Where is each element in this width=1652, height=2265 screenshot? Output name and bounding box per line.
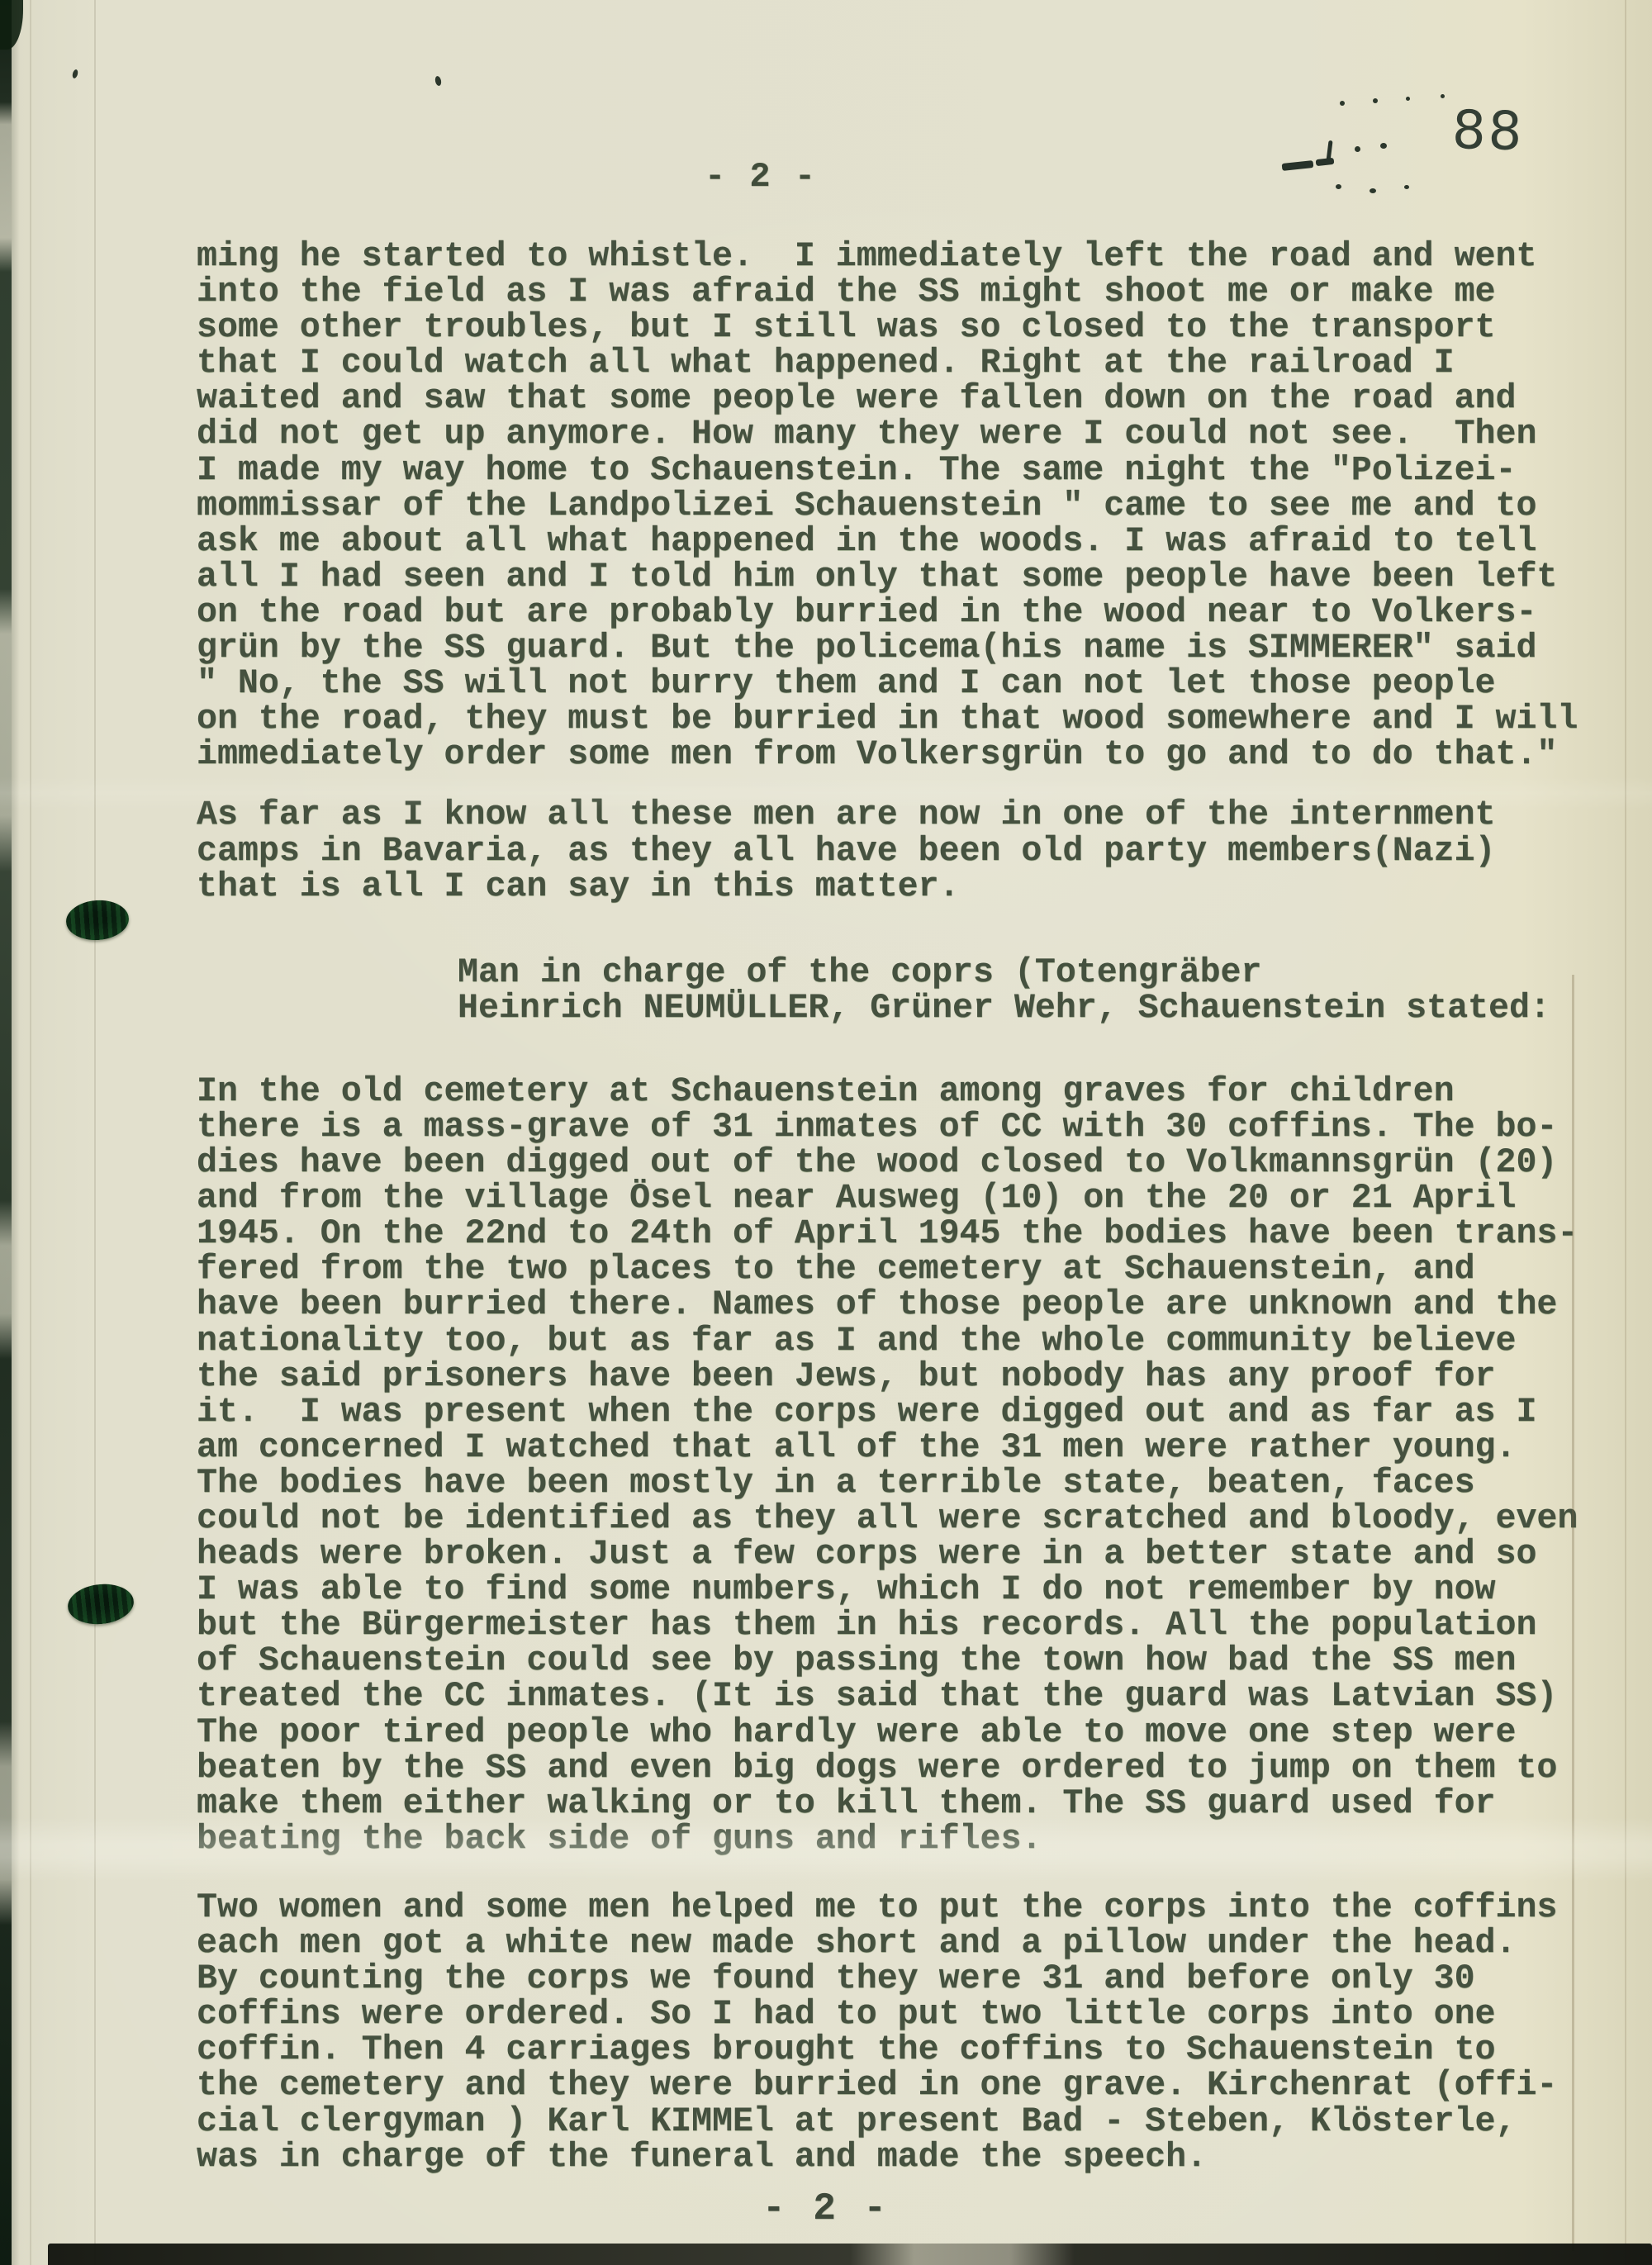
text-line: In the old cemetery at Schauenstein amon… (197, 1074, 1609, 1109)
text-line: on the road, they must be burried in tha… (197, 701, 1609, 737)
text-line: on the road but are probably burried in … (197, 595, 1609, 630)
text-line: The bodies have been mostly in a terribl… (197, 1465, 1609, 1501)
text-line: of Schauenstein could see by passing the… (197, 1643, 1609, 1679)
text-line: make them either walking or to kill them… (197, 1786, 1609, 1821)
text-line: ming he started to whistle. I immediatel… (197, 239, 1609, 274)
paper-fold-band-upper (0, 776, 1652, 810)
text-line: ask me about all what happened in the wo… (197, 524, 1609, 559)
text-line: each men got a white new made short and … (197, 1925, 1609, 1961)
text-line: Man in charge of the coprs (Totengräber (458, 955, 1609, 990)
text-line: dies have been digged out of the wood cl… (197, 1145, 1609, 1180)
scan-left-edge (0, 0, 12, 2265)
paper-crease-vertical-2 (94, 0, 96, 2265)
text-line: it. I was present when the corps were di… (197, 1394, 1609, 1430)
text-line: camps in Bavaria, as they all have been … (197, 833, 1609, 869)
text-line: was in charge of the funeral and made th… (197, 2139, 1609, 2175)
ink-speck (1404, 185, 1409, 189)
ink-speck (1380, 143, 1387, 149)
text-line: some other troubles, but I still was so … (197, 310, 1609, 345)
ink-speck (1406, 97, 1410, 101)
scan-bottom-band (48, 2244, 1652, 2265)
paper-fold-band (0, 1817, 1652, 1882)
text-line: cial clergyman ) Karl KIMMEl at present … (197, 2104, 1609, 2139)
ink-speck (1373, 98, 1378, 103)
ink-dash-mark (1316, 158, 1335, 166)
neumueller-statement-paragraph-1: In the old cemetery at Schauenstein amon… (197, 1074, 1609, 1857)
text-line: the cemetery and they were burried in on… (197, 2068, 1609, 2103)
ink-dash-mark (1282, 160, 1314, 171)
text-line: mommissar of the Landpolizei Schauenstei… (197, 488, 1609, 524)
text-line: " No, the SS will not burry them and I c… (197, 666, 1609, 701)
paper-crease-vertical-1 (30, 0, 31, 2265)
text-line: fered from the two places to the cemeter… (197, 1251, 1609, 1287)
testimony-paragraph-2: As far as I know all these men are now i… (197, 797, 1609, 904)
text-line: and from the village Ösel near Ausweg (1… (197, 1180, 1609, 1216)
text-line: I made my way home to Schauenstein. The … (197, 453, 1609, 488)
text-line: coffin. Then 4 carriages brought the cof… (197, 2032, 1609, 2068)
text-line: nationality too, but as far as I and the… (197, 1323, 1609, 1359)
statement-heading: Man in charge of the coprs (TotengräberH… (197, 955, 1609, 1026)
typewritten-text: ming he started to whistle. I immediatel… (197, 239, 1609, 2175)
text-line: immediately order some men from Volkersg… (197, 737, 1609, 772)
testimony-paragraph-1: ming he started to whistle. I immediatel… (197, 239, 1609, 772)
ink-speck (434, 75, 442, 86)
text-line: could not be identified as they all were… (197, 1501, 1609, 1536)
paper-crease-right (1572, 975, 1574, 2251)
scan-left-edge-shadow (12, 0, 20, 2265)
hole-punch-bottom (66, 1581, 136, 1627)
text-line: Two women and some men helped me to put … (197, 1890, 1609, 1925)
text-line: but the Bürgermeister has them in his re… (197, 1607, 1609, 1643)
scanned-document-page: ming he started to whistle. I immediatel… (0, 0, 1652, 2265)
top-page-number: - 2 - (705, 157, 817, 197)
bottom-page-number: - 2 - (762, 2187, 889, 2230)
text-line: did not get up anymore. How many they we… (197, 416, 1609, 452)
text-line: there is a mass-grave of 31 inmates of C… (197, 1109, 1609, 1145)
text-line: that is all I can say in this matter. (197, 869, 1609, 905)
text-line: am concerned I watched that all of the 3… (197, 1430, 1609, 1465)
neumueller-statement-paragraph-2: Two women and some men helped me to put … (197, 1890, 1609, 2175)
hole-punch-top (64, 898, 130, 942)
text-line: I was able to find some numbers, which I… (197, 1572, 1609, 1607)
text-line: have been burried there. Names of those … (197, 1287, 1609, 1322)
ink-speck (1355, 146, 1360, 152)
handwritten-folio-number: 88 (1451, 100, 1525, 163)
text-line: coffins were ordered. So I had to put tw… (197, 1997, 1609, 2032)
text-line: 1945. On the 22nd to 24th of April 1945 … (197, 1216, 1609, 1251)
ink-speck (1370, 188, 1376, 193)
ink-speck (1336, 184, 1341, 189)
text-line: Heinrich NEUMÜLLER, Grüner Wehr, Schauen… (458, 990, 1609, 1026)
text-line: By counting the corps we found they were… (197, 1961, 1609, 1997)
text-line: waited and saw that some people were fal… (197, 381, 1609, 416)
text-line: The poor tired people who hardly were ab… (197, 1715, 1609, 1750)
text-line: all I had seen and I told him only that … (197, 559, 1609, 595)
ink-speck (72, 69, 79, 78)
ink-speck (1441, 94, 1445, 98)
text-line: beaten by the SS and even big dogs were … (197, 1750, 1609, 1786)
text-line: that I could watch all what happened. Ri… (197, 345, 1609, 381)
text-line: grün by the SS guard. But the policema(h… (197, 630, 1609, 666)
text-line: heads were broken. Just a few corps were… (197, 1536, 1609, 1572)
text-line: treated the CC inmates. (It is said that… (197, 1679, 1609, 1714)
paper-crease-right-edge (1625, 0, 1626, 2265)
ink-speck (1340, 101, 1345, 106)
text-line: the said prisoners have been Jews, but n… (197, 1359, 1609, 1394)
text-line: into the field as I was afraid the SS mi… (197, 274, 1609, 310)
